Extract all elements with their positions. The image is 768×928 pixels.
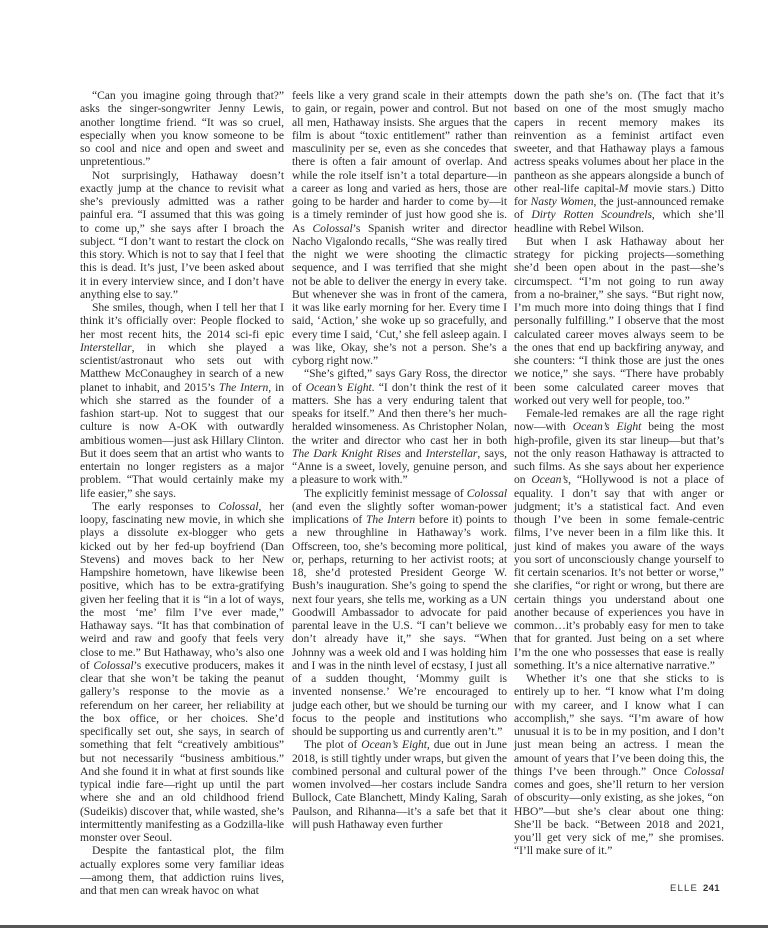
magazine-page: “Can you imagine going through that?” as…	[0, 0, 768, 928]
article-paragraph: The explicitly feminist message of Colos…	[292, 487, 507, 739]
article-paragraph: The early responses to Colossal, her loo…	[80, 500, 284, 845]
article-column-1: “Can you imagine going through that?” as…	[80, 89, 284, 897]
article-paragraph: Whether it’s one that she sticks to is e…	[514, 672, 724, 858]
article-column-3: down the path she’s on. (The fact that i…	[514, 89, 724, 858]
article-paragraph: But when I ask Hathaway about her strate…	[514, 235, 724, 407]
italic-title: Colossal	[684, 765, 724, 778]
italic-title: Interstellar	[80, 341, 132, 354]
italic-title: Nasty Women	[531, 195, 594, 208]
article-paragraph: “She’s gifted,” says Gary Ross, the dire…	[292, 367, 507, 486]
italic-title: Colossal	[218, 500, 258, 513]
article-paragraph: “Can you imagine going through that?” as…	[80, 89, 284, 169]
article-paragraph: down the path she’s on. (The fact that i…	[514, 89, 724, 235]
italic-title: The Dark Knight Rises	[292, 447, 401, 460]
italic-title: The Intern	[366, 513, 415, 526]
article-paragraph: Despite the fantastical plot, the film a…	[80, 844, 284, 897]
italic-title: Ocean’s Eight	[306, 381, 372, 394]
article-paragraph: Female-led remakes are all the rage righ…	[514, 407, 724, 672]
italic-title: Colossal	[467, 487, 507, 500]
italic-title: Colossal	[93, 659, 133, 672]
italic-title: M	[619, 182, 629, 195]
italic-title: Dirty Rotten Scoundrels	[531, 208, 651, 221]
italic-title: Interstellar	[426, 447, 478, 460]
italic-title: Ocean’s Eight	[573, 420, 642, 433]
italic-title: Ocean’s Eight	[361, 738, 427, 751]
article-paragraph: feels like a very grand scale in their a…	[292, 89, 507, 367]
italic-title: Ocean’s	[531, 473, 568, 486]
italic-title: The Intern	[219, 381, 268, 394]
page-number: 241	[703, 883, 720, 894]
article-paragraph: The plot of Ocean’s Eight, due out in Ju…	[292, 738, 507, 831]
article-paragraph: Not surprisingly, Hathaway doesn’t exact…	[80, 169, 284, 302]
magazine-name: ELLE	[670, 883, 698, 894]
article-paragraph: She smiles, though, when I tell her that…	[80, 301, 284, 500]
page-folio: ELLE241	[670, 883, 750, 894]
italic-title: Colossal	[312, 222, 352, 235]
article-column-2: feels like a very grand scale in their a…	[292, 89, 507, 831]
